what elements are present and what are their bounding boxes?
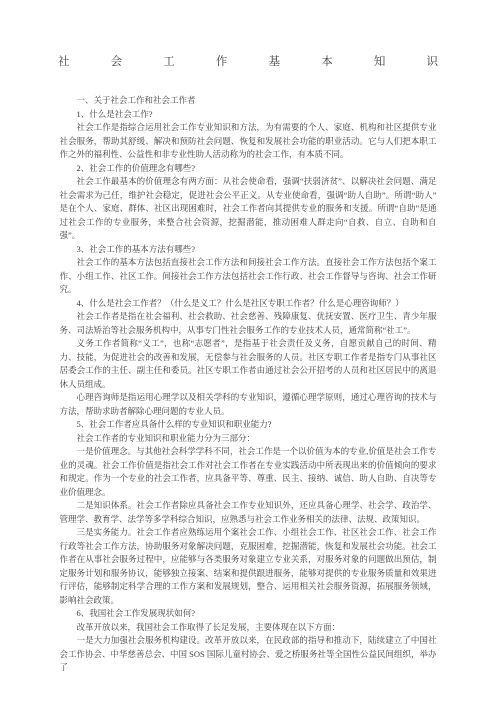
question-5: 5、社会工作者应具备什么样的专业知识和职业能力? [60, 418, 437, 432]
section-heading-1: 一、关于社会工作和社会工作者 [60, 94, 437, 108]
title-char: 作 [216, 56, 228, 69]
document-body: 一、关于社会工作和社会工作者 1、什么是社会工作? 社会工作是指综合运用社会工作… [60, 94, 437, 675]
title-char: 本 [321, 56, 333, 69]
title-char: 基 [269, 56, 281, 69]
answer-4-counselor: 心理咨询师是指运用心理学以及相关学科的专业知识，遵循心理学原则，通过心理咨询的技… [60, 391, 437, 418]
answer-5-practice: 三是实务能力。社会工作者应熟练运用个案社会工作、小组社会工作、社区社会工作、社会… [60, 526, 437, 607]
answer-5-values: 一是价值理念。与其他社会科学学科不同，社会工作是一个以价值为本的专业,价值是社会… [60, 445, 437, 499]
title-char: 会 [111, 56, 123, 69]
answer-5-intro: 社会工作者的专业知识和职业能力分为三部分： [60, 432, 437, 446]
title-char: 社 [58, 56, 70, 69]
title-char: 识 [426, 56, 438, 69]
answer-1: 社会工作是指综合运用社会工作专业知识和方法，为有需要的个人、家庭、机构和社区提供… [60, 121, 437, 162]
title-char: 工 [163, 56, 175, 69]
question-6: 6、我国社会工作发展现状如何? [60, 607, 437, 621]
answer-2: 社会工作最基本的价值理念有两方面：从社会使命看，强调“扶弱济贫”、以解决社会问题… [60, 175, 437, 243]
document-page: 社 会 工 作 基 本 知 识 一、关于社会工作和社会工作者 1、什么是社会工作… [0, 0, 496, 702]
document-title: 社 会 工 作 基 本 知 识 [58, 56, 438, 69]
question-1: 1、什么是社会工作? [60, 108, 437, 122]
answer-5-knowledge: 二是知识体系。社会工作者除应具备社会工作专业知识外，还应具备心理学、社会学、政治… [60, 499, 437, 526]
answer-3: 社会工作的基本方法包括直接社会工作方法和间接社会工作方法。直接社会工作方法包括个… [60, 256, 437, 297]
title-char: 知 [374, 56, 386, 69]
answer-6-item-1: 一是大力加强社会服务机构建设。改革开放以来，在民政部的指导和推动下，陆续建立了中… [60, 634, 437, 675]
answer-4-volunteer: 义务工作者简称“义工”，也称“志愿者”，是指基于社会责任及义务，自愿贡献自己的时… [60, 337, 437, 391]
question-4: 4、什么是社会工作者？（什么是义工？什么是社区专职工作者？什么是心理咨询师？） [60, 297, 437, 311]
question-3: 3、社会工作的基本方法有哪些? [60, 243, 437, 257]
answer-4-social-worker: 社会工作者是指在社会福利、社会救助、社会慈善、残障康复、优抚安置、医疗卫生、青少… [60, 310, 437, 337]
answer-6-intro: 改革开放以来，我国社会工作取得了长足发展，主要体现在以下方面： [60, 621, 437, 635]
question-2: 2、社会工作的价值理念有哪些? [60, 162, 437, 176]
